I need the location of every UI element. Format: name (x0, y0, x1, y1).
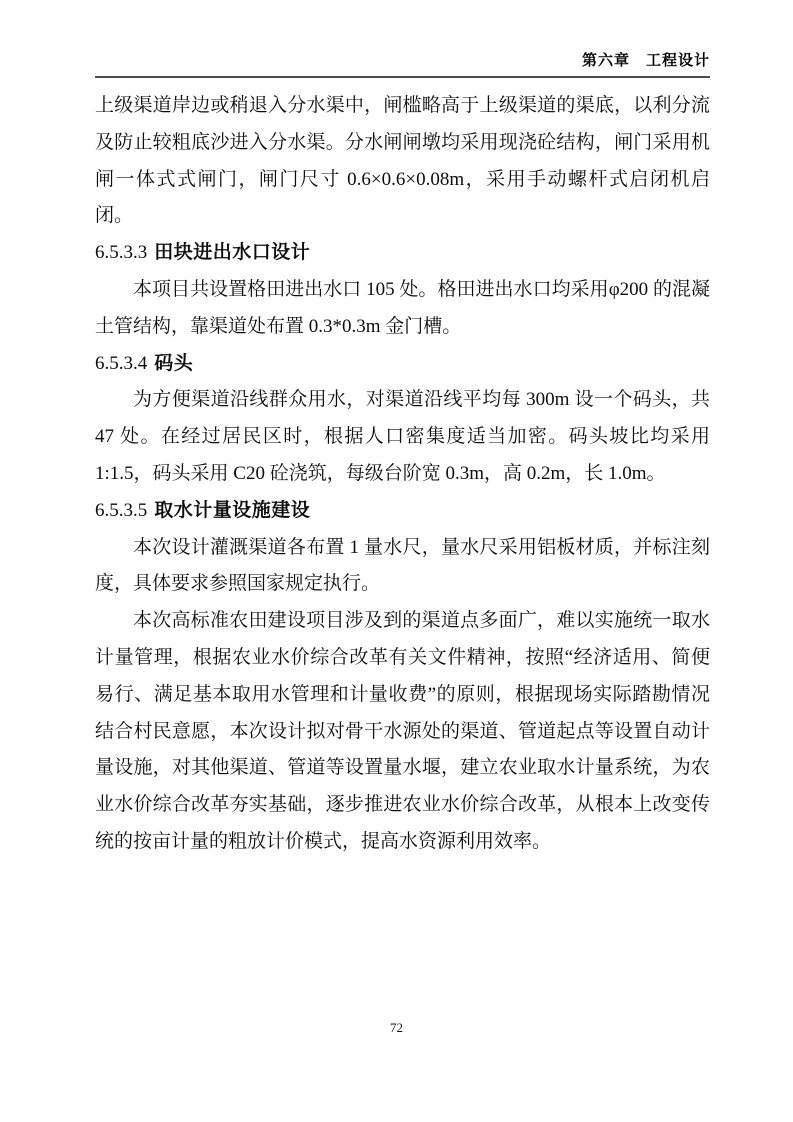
paragraph-metering-system: 本次高标准农田建设项目涉及到的渠道点多面广，难以实施统一取水计量管理，根据农业水… (95, 603, 710, 861)
heading-number: 6.5.3.4 (95, 353, 147, 374)
page-number: 72 (390, 1020, 403, 1035)
page-footer: 72 (0, 1020, 793, 1036)
heading-title: 取水计量设施建设 (154, 500, 310, 521)
heading-title: 码头 (154, 353, 193, 374)
paragraph-field-inlet-outlet: 本项目共设置格田进出水口 105 处。格田进出水口均采用φ200 的混凝土管结构… (95, 272, 710, 346)
paragraph-sluice-gate-continuation: 上级渠道岸边或稍退入分水渠中，闸槛略高于上级渠道的渠底，以利分流及防止较粗底沙进… (95, 88, 710, 235)
heading-6-5-3-3: 6.5.3.3田块进出水口设计 (95, 235, 710, 272)
heading-number: 6.5.3.5 (95, 500, 147, 521)
heading-number: 6.5.3.3 (95, 242, 147, 263)
header-section-title: 工程设计 (646, 52, 710, 69)
page-header: 第六章工程设计 (95, 52, 710, 78)
heading-6-5-3-4: 6.5.3.4码头 (95, 346, 710, 383)
heading-6-5-3-5: 6.5.3.5取水计量设施建设 (95, 493, 710, 530)
paragraph-wharf: 为方便渠道沿线群众用水，对渠道沿线平均每 300m 设一个码头，共 47 处。在… (95, 382, 710, 492)
paragraph-water-gauge: 本次设计灌溉渠道各布置 1 量水尺，量水尺采用铝板材质，并标注刻度，具体要求参照… (95, 530, 710, 604)
header-chapter-label: 第六章 (582, 52, 630, 69)
heading-title: 田块进出水口设计 (154, 242, 310, 263)
document-page: 第六章工程设计 上级渠道岸边或稍退入分水渠中，闸槛略高于上级渠道的渠底，以利分流… (0, 0, 793, 1122)
document-content: 上级渠道岸边或稍退入分水渠中，闸槛略高于上级渠道的渠底，以利分流及防止较粗底沙进… (95, 88, 710, 861)
